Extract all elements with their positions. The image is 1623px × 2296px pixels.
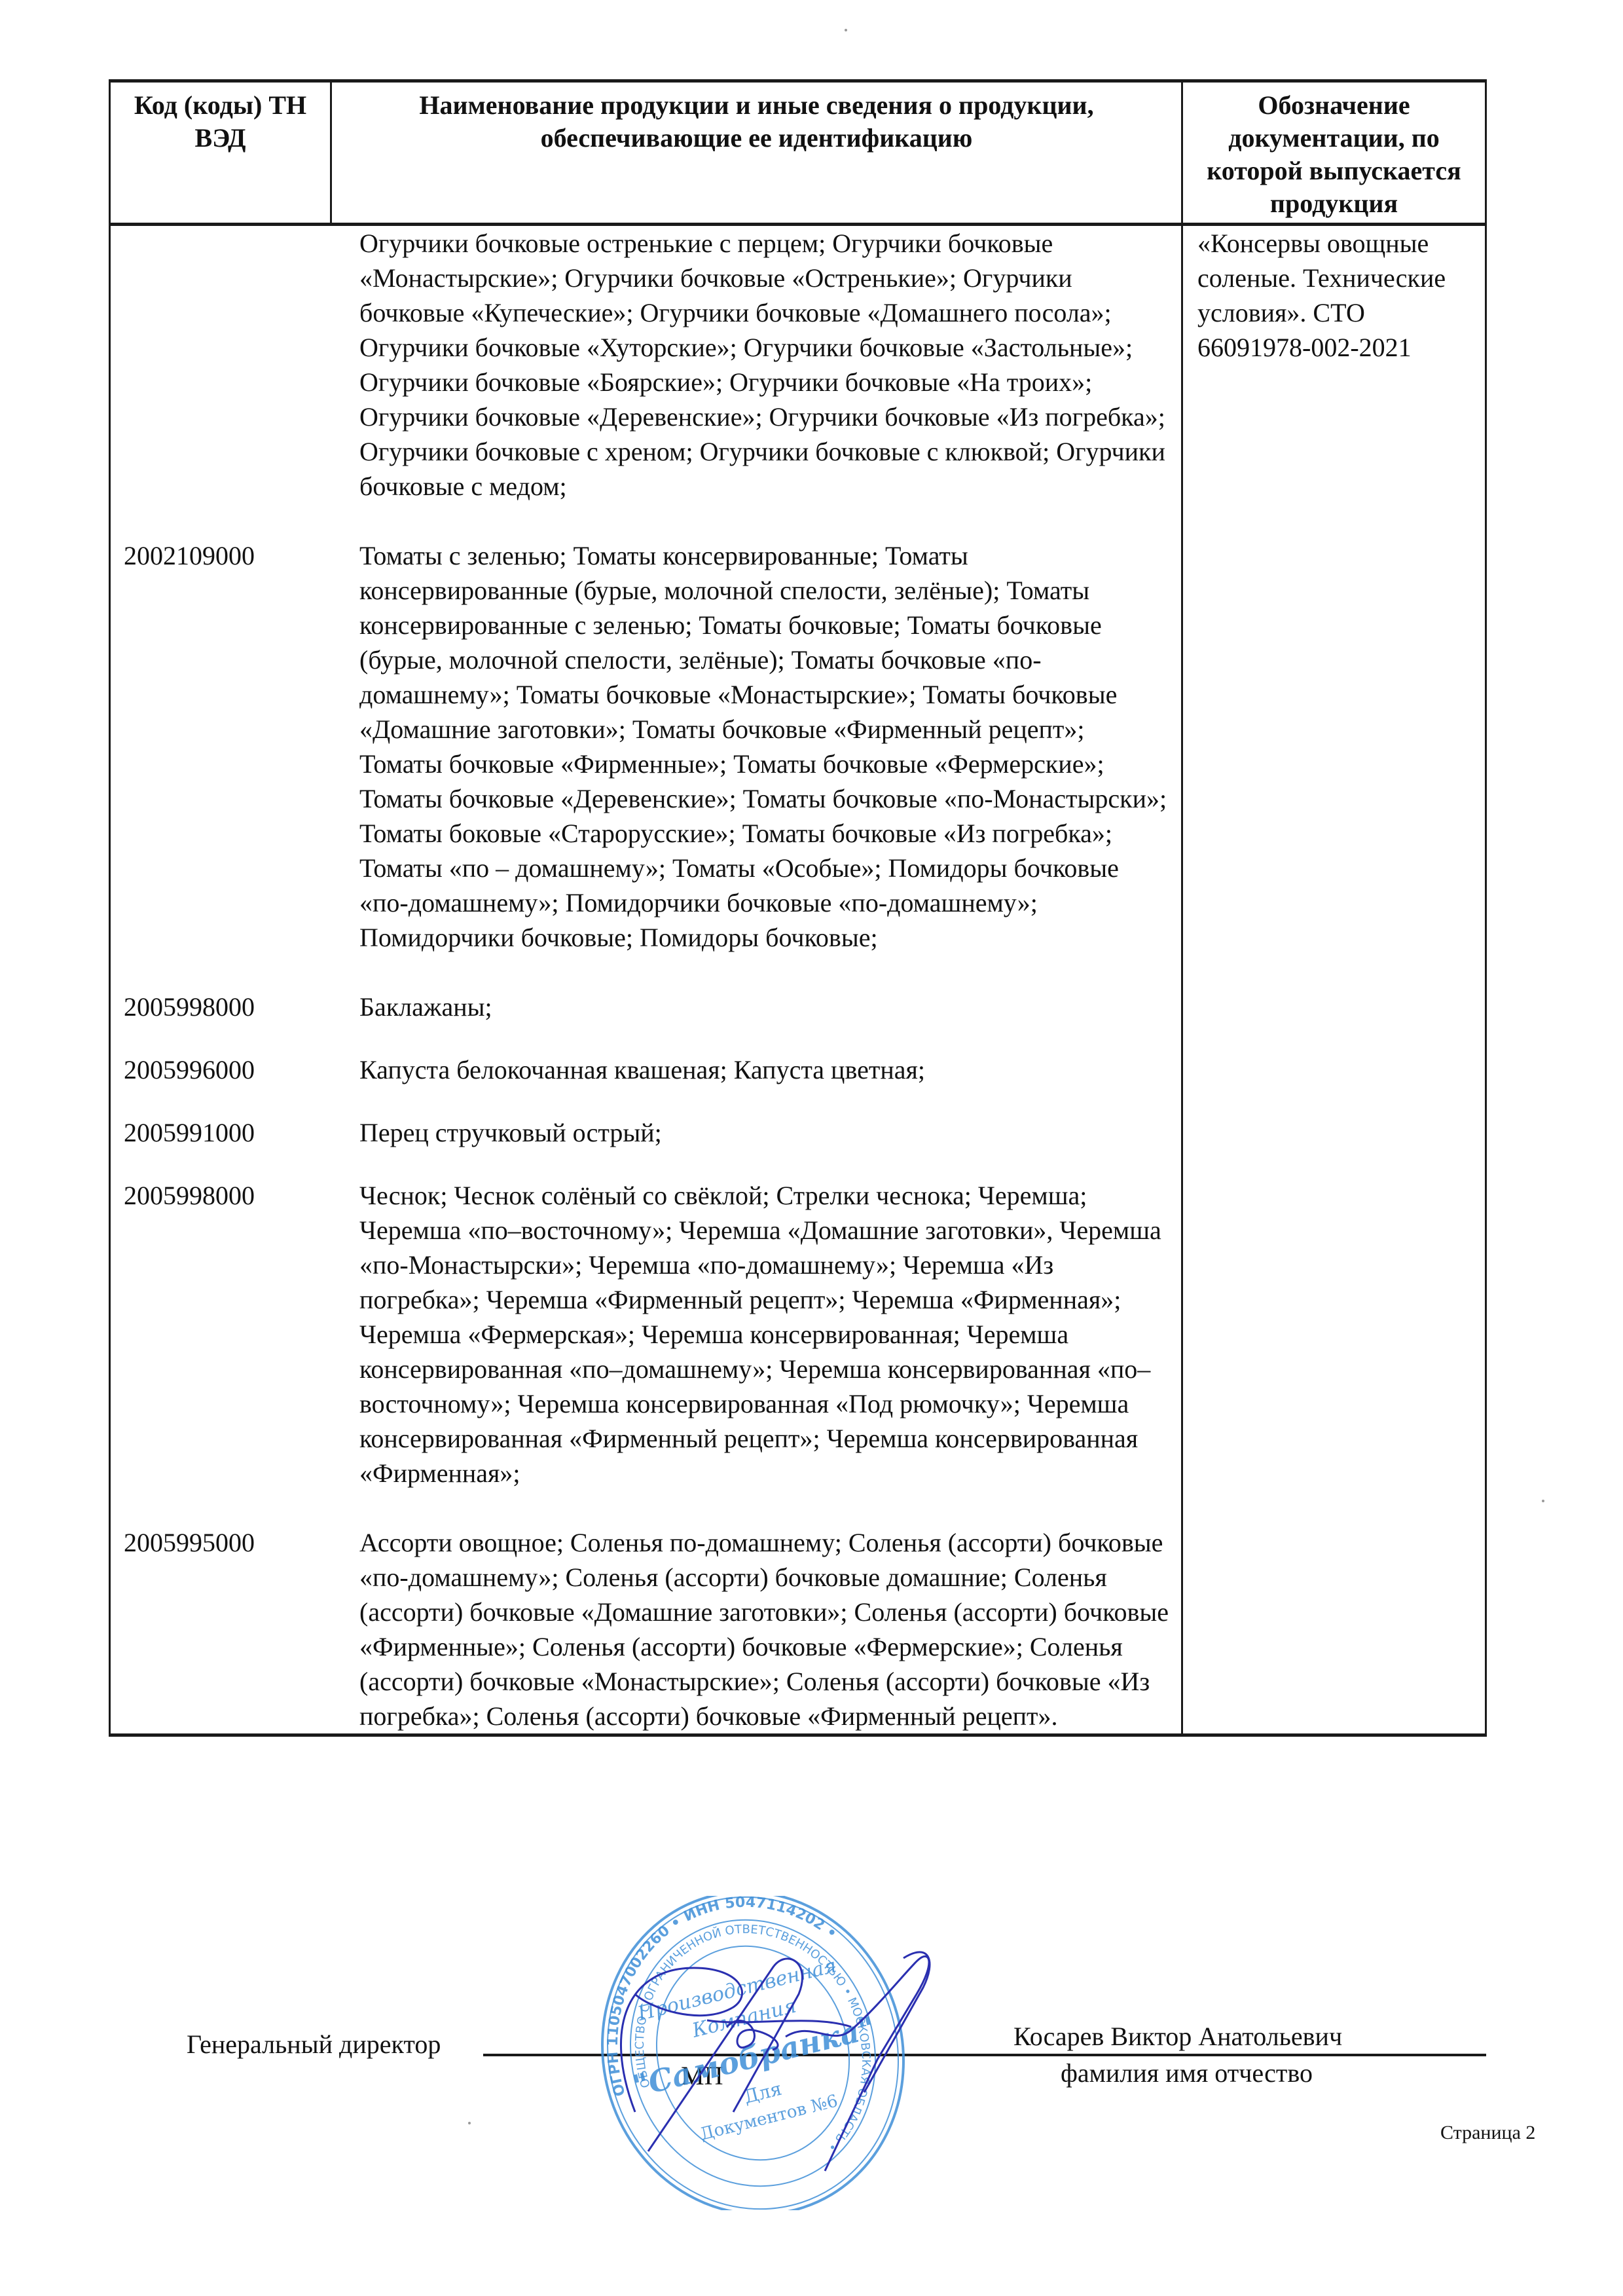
product-names: Баклажаны; — [345, 990, 1181, 1024]
product-names: Ассорти овощное; Соленья по-домашнему; С… — [345, 1525, 1181, 1733]
table-row: 2005998000 Баклажаны; — [124, 990, 1181, 1024]
tn-ved-code: 2002109000 — [124, 538, 345, 955]
tn-ved-code: 2005996000 — [124, 1052, 345, 1087]
signatory-position: Генеральный директор — [187, 2029, 441, 2060]
stamp-line: Для — [742, 2078, 784, 2108]
header-code: Код (коды) ТН ВЭД — [110, 81, 331, 225]
product-table: Код (коды) ТН ВЭД Наименование продукции… — [109, 79, 1487, 1737]
tn-ved-code: 2005998000 — [124, 1178, 345, 1491]
product-names: Томаты с зеленью; Томаты консервированны… — [345, 538, 1181, 955]
documentation-cell: «Консервы овощные соленые. Технические у… — [1182, 225, 1486, 1735]
tn-ved-code: 2005998000 — [124, 990, 345, 1024]
scan-speck — [1542, 1500, 1544, 1502]
scan-speck — [468, 2122, 471, 2124]
table-row: 2005991000 Перец стручковый острый; — [124, 1115, 1181, 1150]
product-names: Капуста белокочанная квашеная; Капуста ц… — [345, 1052, 1181, 1087]
tn-ved-code: 2005991000 — [124, 1115, 345, 1150]
product-names: Перец стручковый острый; — [345, 1115, 1181, 1150]
tn-ved-code — [124, 226, 345, 504]
header-name: Наименование продукции и иные сведения о… — [331, 81, 1182, 225]
company-stamp: ОГРН 1105047002260 • ИНН 5047114202 • ОБ… — [537, 1896, 969, 2210]
product-names: Огурчики бочковые остренькие с перцем; О… — [345, 226, 1181, 504]
scan-speck — [845, 29, 847, 31]
table-row: 2005996000 Капуста белокочанная квашеная… — [124, 1052, 1181, 1087]
table-row: 2005998000 Чеснок; Чеснок солёный со свё… — [124, 1178, 1181, 1491]
signatory-name: Косарев Виктор Анатольевич — [1013, 2021, 1342, 2052]
table-row: Огурчики бочковые остренькие с перцем; О… — [124, 226, 1181, 504]
tn-ved-code: 2005995000 — [124, 1525, 345, 1733]
products-cell: Огурчики бочковые остренькие с перцем; О… — [110, 225, 1182, 1735]
table-row: 2005995000 Ассорти овощное; Соленья по-д… — [124, 1525, 1181, 1733]
table-row: 2002109000 Томаты с зеленью; Томаты конс… — [124, 538, 1181, 955]
name-caption: фамилия имя отчество — [1061, 2058, 1313, 2089]
page-number: Страница 2 — [1440, 2122, 1535, 2144]
product-names: Чеснок; Чеснок солёный со свёклой; Стрел… — [345, 1178, 1181, 1491]
table-header-row: Код (коды) ТН ВЭД Наименование продукции… — [110, 81, 1486, 225]
header-documentation: Обозначение документации, по которой вып… — [1182, 81, 1486, 225]
table-body-row: Огурчики бочковые остренькие с перцем; О… — [110, 225, 1486, 1735]
